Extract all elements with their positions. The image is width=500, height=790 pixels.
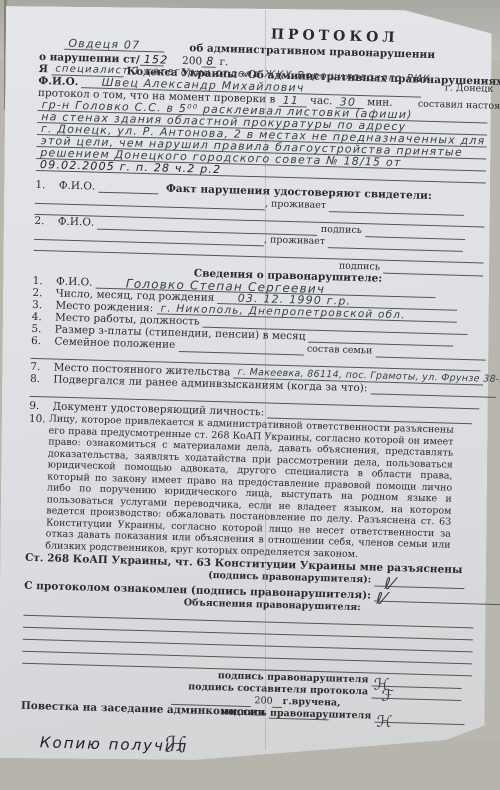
field-num: 1.	[33, 275, 53, 288]
offender2-sign-field[interactable]: ℋ	[375, 712, 465, 726]
year-field[interactable]: 8	[202, 57, 216, 68]
officer-fio-label: Ф.И.О.	[38, 75, 78, 88]
witnesses-section: 1. Ф.И.О. Факт нарушения удостоверяют св…	[33, 179, 485, 276]
witness2-fio-label: Ф.И.О.	[58, 216, 95, 229]
field-num: 7.	[30, 361, 50, 374]
offender-fio-label: Ф.И.О.	[56, 276, 93, 289]
field-num: 2.	[32, 287, 52, 300]
explained-sign-field[interactable]: ℓ⁄	[374, 576, 464, 590]
year-suffix: г.	[219, 56, 228, 68]
witness-num: 2.	[34, 215, 54, 228]
field-num: 10.	[29, 413, 49, 426]
narrative-block: гр-н Головко С.С. в 5⁰⁰ расклеивал листо…	[36, 99, 488, 184]
field-num: 9.	[29, 400, 49, 413]
signature-mark: ℋ	[376, 716, 392, 728]
field-num: 6.	[31, 335, 51, 348]
field-num: 4.	[32, 311, 52, 324]
rights-block: 10. Лицу, которое привлекается к админис…	[25, 413, 479, 564]
offender2-sign-label: подпись правонарушителя	[221, 706, 372, 721]
year-prefix: 200	[182, 55, 202, 68]
officer-ya-label: Я	[39, 63, 49, 75]
date-field[interactable]: Овдеця 07	[64, 39, 164, 53]
witness1-fio-label: Ф.И.О.	[59, 180, 96, 193]
field-num: 3.	[32, 299, 52, 312]
field-num: 8.	[30, 373, 50, 386]
article-field[interactable]: 152	[140, 55, 164, 67]
offender-section: Сведения о правонарушителе: 1. Ф.И.О. Го…	[25, 263, 484, 588]
signature-mark: ℋ	[165, 740, 187, 753]
field-num: 5.	[31, 323, 51, 336]
delivered-year: 200	[254, 695, 272, 707]
protocol-document: ПРОТОКОЛ об административном правонаруше…	[20, 22, 490, 760]
rights-text: Лицу, которое привлекается к администрат…	[45, 413, 454, 562]
witness-num: 1.	[35, 179, 55, 192]
city-label: г. Донецк	[445, 82, 494, 95]
